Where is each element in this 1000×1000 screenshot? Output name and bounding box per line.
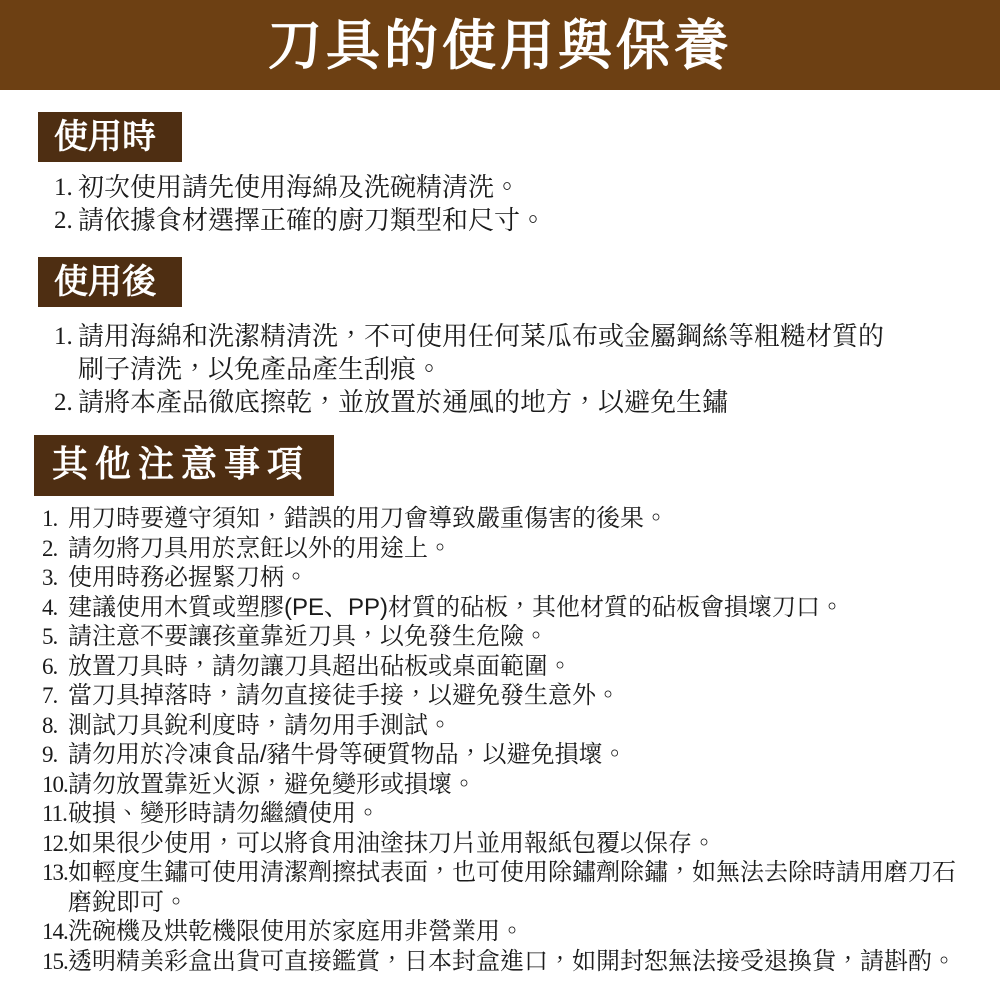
item-number: 15. xyxy=(42,947,68,977)
item-text: 使用時務必握緊刀柄。 xyxy=(68,563,308,593)
list-item: 13. 如輕度生鏽可使用清潔劑擦拭表面，也可使用除鏽劑除鏽，如無法去除時請用磨刀… xyxy=(38,858,980,917)
list-item: 1. 請用海綿和洗潔精清洗，不可使用任何菜瓜布或金屬鋼絲等粗糙材質的刷子清洗，以… xyxy=(38,320,980,386)
item-text: 當刀具掉落時，請勿直接徒手接，以避免發生意外。 xyxy=(68,681,620,711)
list-item: 1. 用刀時要遵守須知，錯誤的用刀會導致嚴重傷害的後果。 xyxy=(38,504,980,534)
section-label: 使用時 xyxy=(38,112,182,162)
item-text: 建議使用木質或塑膠(PE、PP)材質的砧板，其他材質的砧板會損壞刀口。 xyxy=(68,593,844,623)
section-label: 其他注意事項 xyxy=(34,435,334,496)
item-number: 1. xyxy=(54,171,78,204)
list-item: 15. 透明精美彩盒出貨可直接鑑賞，日本封盒進口，如開封恕無法接受退換貨，請斟酌… xyxy=(38,947,980,977)
list-item: 2. 請勿將刀具用於烹飪以外的用途上。 xyxy=(38,534,980,564)
item-number: 2. xyxy=(54,386,78,419)
item-number: 3. xyxy=(42,563,68,593)
item-text: 請勿用於冷凍食品/豬牛骨等硬質物品，以避免損壞。 xyxy=(68,740,627,770)
list-item: 11. 破損、變形時請勿繼續使用。 xyxy=(38,799,980,829)
item-number: 4. xyxy=(42,593,68,623)
list-item: 12. 如果很少使用，可以將食用油塗抹刀片並用報紙包覆以保存。 xyxy=(38,829,980,859)
item-number: 8. xyxy=(42,711,68,741)
list-item: 14. 洗碗機及烘乾機限使用於家庭用非營業用。 xyxy=(38,917,980,947)
section-in-use: 使用時 1. 初次使用請先使用海綿及洗碗精清洗。 2. 請依據食材選擇正確的廚刀… xyxy=(38,90,980,237)
item-number: 11. xyxy=(42,799,68,829)
item-text: 測試刀具銳利度時，請勿用手測試。 xyxy=(68,711,452,741)
list-item: 9. 請勿用於冷凍食品/豬牛骨等硬質物品，以避免損壞。 xyxy=(38,740,980,770)
item-text: 請依據食材選擇正確的廚刀類型和尺寸。 xyxy=(78,204,546,236)
section-other-notes: 其他注意事項 1. 用刀時要遵守須知，錯誤的用刀會導致嚴重傷害的後果。 2. 請… xyxy=(38,419,980,976)
section-items: 1. 用刀時要遵守須知，錯誤的用刀會導致嚴重傷害的後果。 2. 請勿將刀具用於烹… xyxy=(38,504,980,976)
page-title: 刀具的使用與保養 xyxy=(268,18,732,72)
item-number: 10. xyxy=(42,770,68,800)
item-text: 放置刀具時，請勿讓刀具超出砧板或桌面範圍。 xyxy=(68,652,572,682)
header-banner: 刀具的使用與保養 xyxy=(0,0,1000,90)
item-number: 1. xyxy=(54,320,78,353)
item-number: 2. xyxy=(54,204,78,237)
item-text: 請用海綿和洗潔精清洗，不可使用任何菜瓜布或金屬鋼絲等粗糙材質的刷子清洗，以免產品… xyxy=(78,320,890,386)
item-text: 初次使用請先使用海綿及洗碗精清洗。 xyxy=(78,171,520,203)
item-number: 2. xyxy=(42,534,68,564)
item-text: 如果很少使用，可以將食用油塗抹刀片並用報紙包覆以保存。 xyxy=(68,829,716,859)
list-item: 1. 初次使用請先使用海綿及洗碗精清洗。 xyxy=(38,171,980,204)
item-number: 6. xyxy=(42,652,68,682)
list-item: 3. 使用時務必握緊刀柄。 xyxy=(38,563,980,593)
item-number: 5. xyxy=(42,622,68,652)
document-body: 使用時 1. 初次使用請先使用海綿及洗碗精清洗。 2. 請依據食材選擇正確的廚刀… xyxy=(0,90,1000,976)
item-text: 透明精美彩盒出貨可直接鑑賞，日本封盒進口，如開封恕無法接受退換貨，請斟酌。 xyxy=(68,947,956,977)
item-number: 7. xyxy=(42,681,68,711)
list-item: 5. 請注意不要讓孩童靠近刀具，以免發生危險。 xyxy=(38,622,980,652)
item-number: 13. xyxy=(42,858,68,888)
item-text: 請勿放置靠近火源，避免變形或損壞。 xyxy=(68,770,476,800)
section-items: 1. 初次使用請先使用海綿及洗碗精清洗。 2. 請依據食材選擇正確的廚刀類型和尺… xyxy=(38,171,980,237)
list-item: 4. 建議使用木質或塑膠(PE、PP)材質的砧板，其他材質的砧板會損壞刀口。 xyxy=(38,593,980,623)
item-text: 破損、變形時請勿繼續使用。 xyxy=(68,799,380,829)
item-number: 1. xyxy=(42,504,68,534)
list-item: 10. 請勿放置靠近火源，避免變形或損壞。 xyxy=(38,770,980,800)
item-text: 用刀時要遵守須知，錯誤的用刀會導致嚴重傷害的後果。 xyxy=(68,504,668,534)
item-text: 請勿將刀具用於烹飪以外的用途上。 xyxy=(68,534,452,564)
list-item: 2. 請將本產品徹底擦乾，並放置於通風的地方，以避免生鏽 xyxy=(38,386,980,419)
item-text: 洗碗機及烘乾機限使用於家庭用非營業用。 xyxy=(68,917,524,947)
section-items: 1. 請用海綿和洗潔精清洗，不可使用任何菜瓜布或金屬鋼絲等粗糙材質的刷子清洗，以… xyxy=(38,320,980,419)
list-item: 7. 當刀具掉落時，請勿直接徒手接，以避免發生意外。 xyxy=(38,681,980,711)
item-number: 14. xyxy=(42,917,68,947)
list-item: 2. 請依據食材選擇正確的廚刀類型和尺寸。 xyxy=(38,204,980,237)
list-item: 6. 放置刀具時，請勿讓刀具超出砧板或桌面範圍。 xyxy=(38,652,980,682)
item-text: 請將本產品徹底擦乾，並放置於通風的地方，以避免生鏽 xyxy=(78,386,728,419)
section-label: 使用後 xyxy=(38,257,182,307)
list-item: 8. 測試刀具銳利度時，請勿用手測試。 xyxy=(38,711,980,741)
item-text: 請注意不要讓孩童靠近刀具，以免發生危險。 xyxy=(68,622,548,652)
section-after-use: 使用後 1. 請用海綿和洗潔精清洗，不可使用任何菜瓜布或金屬鋼絲等粗糙材質的刷子… xyxy=(38,237,980,419)
item-number: 9. xyxy=(42,740,68,770)
item-number: 12. xyxy=(42,829,68,859)
item-text: 如輕度生鏽可使用清潔劑擦拭表面，也可使用除鏽劑除鏽，如無法去除時請用磨刀石磨銳即… xyxy=(68,858,960,917)
